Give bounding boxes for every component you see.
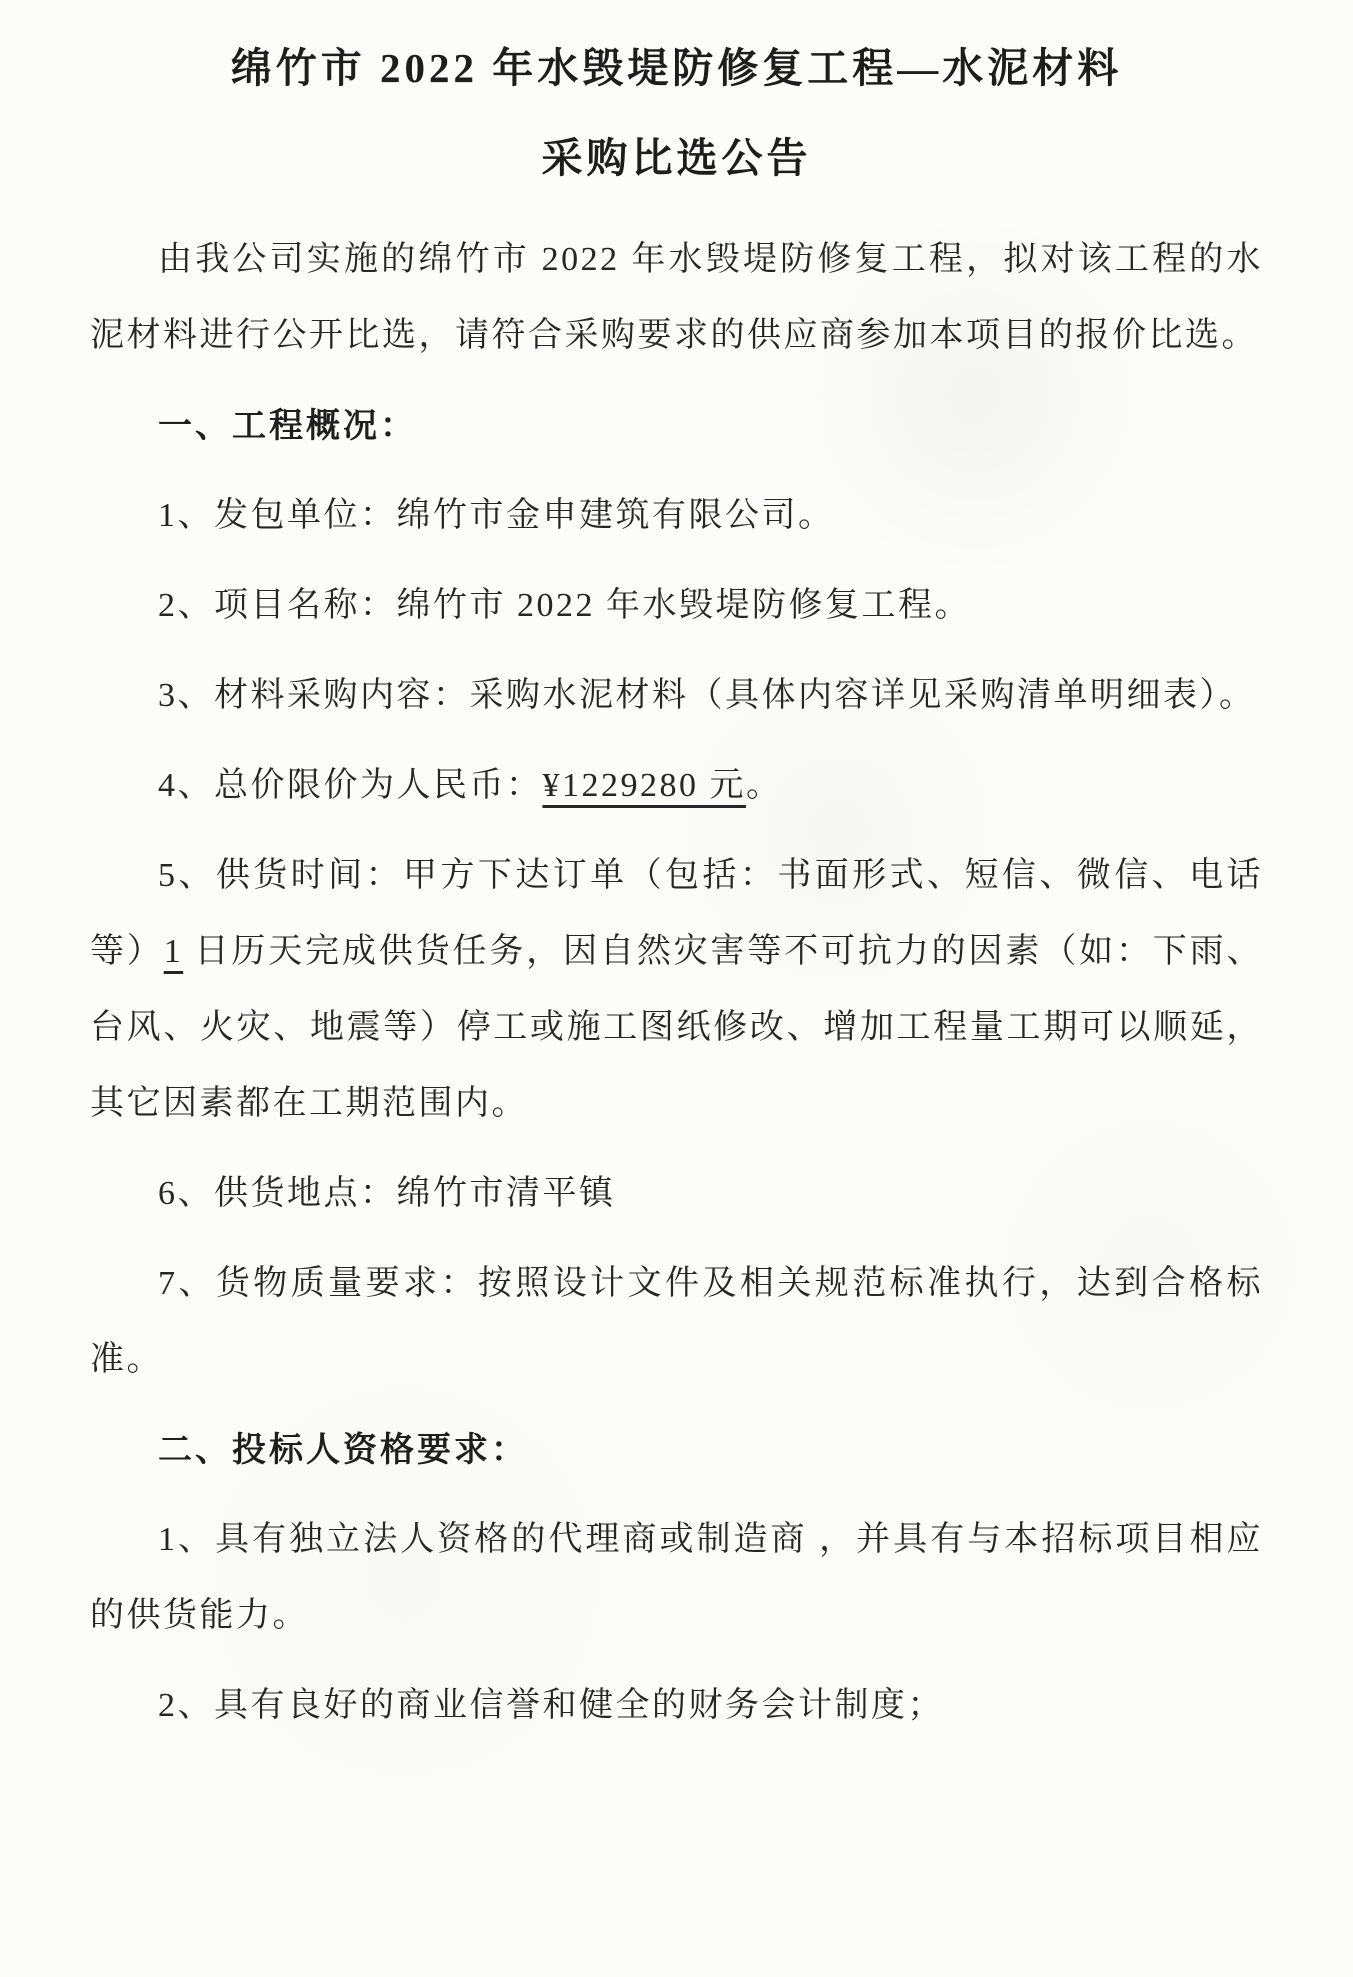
doc-title-line-1: 绵竹市 2022 年水毁堤防修复工程—水泥材料 [90, 26, 1263, 110]
price-limit-period: 。 [746, 767, 783, 804]
price-limit-underlined-value: ¥1229280 元 [543, 767, 747, 804]
price-limit-label: 4、总价限价为人民币： [158, 767, 543, 804]
item-procurement-content: 3、材料采购内容：采购水泥材料（具体内容详见采购清单明细表）。 [90, 658, 1263, 734]
item-delivery-location: 6、供货地点：绵竹市清平镇 [90, 1156, 1263, 1232]
intro-paragraph: 由我公司实施的绵竹市 2022 年水毁堤防修复工程，拟对该工程的水泥材料进行公开… [90, 222, 1263, 374]
doc-title-line-2: 采购比选公告 [90, 116, 1263, 200]
qualification-item-legal-entity: 1、具有独立法人资格的代理商或制造商 ，并具有与本招标项目相应的供货能力。 [90, 1502, 1263, 1654]
qualification-item-credit: 2、具有良好的商业信誉和健全的财务会计制度； [90, 1668, 1263, 1744]
item-contract-issuer: 1、发包单位：绵竹市金申建筑有限公司。 [90, 478, 1263, 554]
section-bidder-qualification-heading: 二、投标人资格要求： [90, 1412, 1263, 1488]
item-price-limit: 4、总价限价为人民币：¥1229280 元。 [90, 748, 1263, 824]
delivery-days-underlined-value: 1 [164, 933, 184, 970]
document-page: 绵竹市 2022 年水毁堤防修复工程—水泥材料 采购比选公告 由我公司实施的绵竹… [0, 0, 1353, 1977]
delivery-time-post-text: 日历天完成供货任务，因自然灾害等不可抗力的因素（如：下雨、台风、火灾、地震等）停… [90, 933, 1263, 1122]
item-project-name: 2、项目名称：绵竹市 2022 年水毁堤防修复工程。 [90, 568, 1263, 644]
item-quality-requirement: 7、货物质量要求：按照设计文件及相关规范标准执行，达到合格标准。 [90, 1246, 1263, 1398]
item-delivery-time: 5、供货时间：甲方下达订单（包括：书面形式、短信、微信、电话等）1 日历天完成供… [90, 838, 1263, 1142]
section-overview-heading: 一、工程概况： [90, 388, 1263, 464]
